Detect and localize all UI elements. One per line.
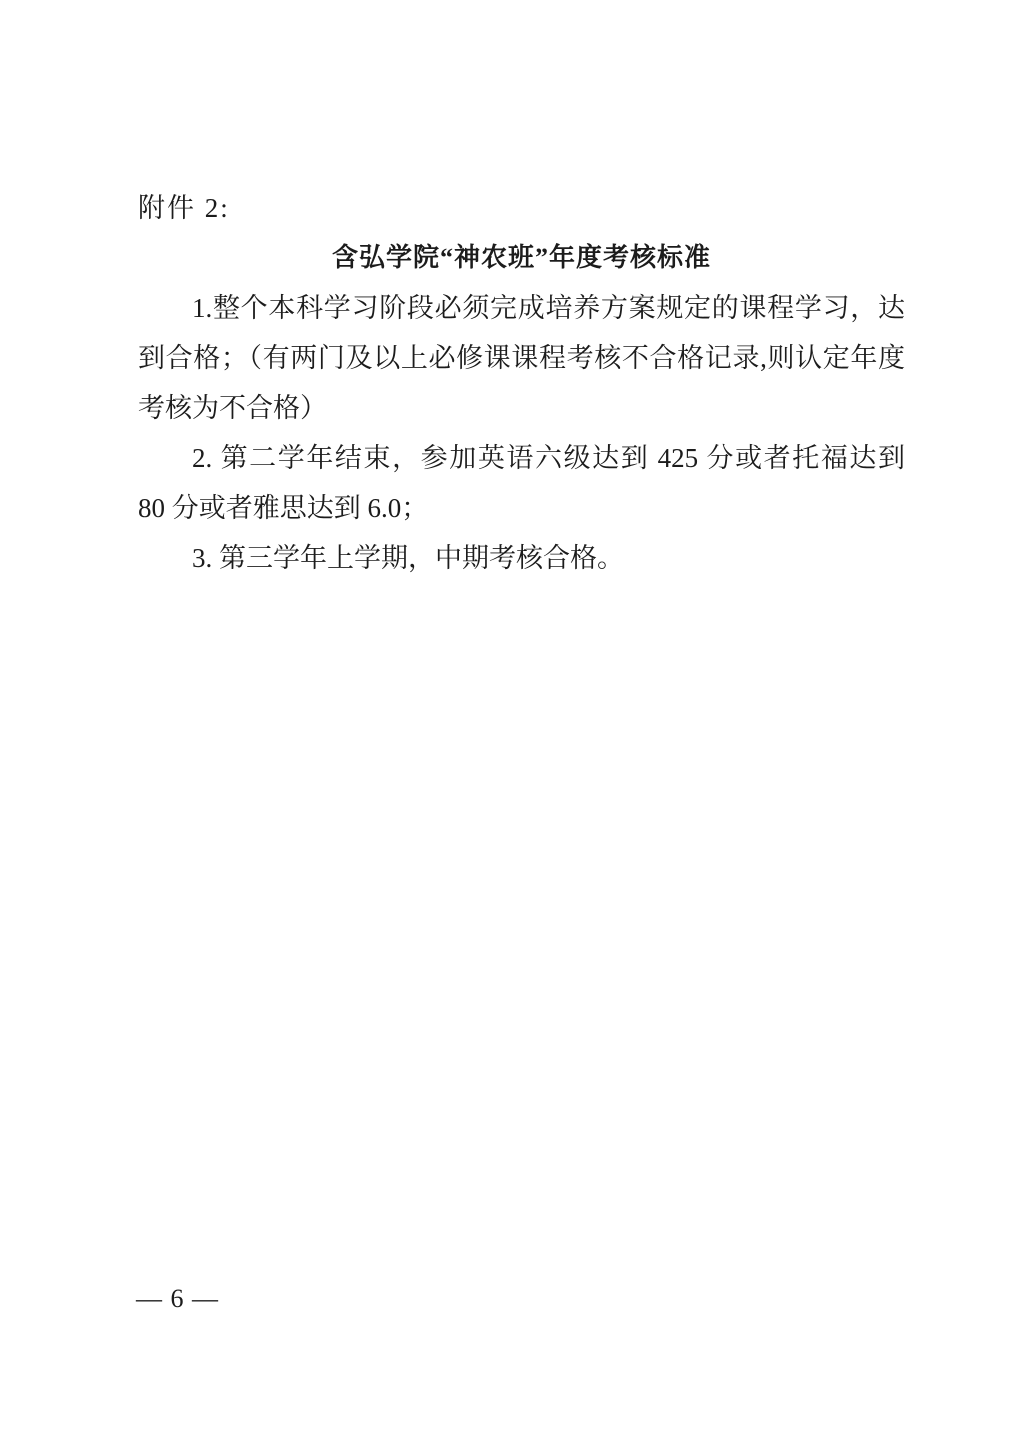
document-page: 附件 2: 含弘学院“神农班”年度考核标准 1.整个本科学习阶段必须完成培养方案… (0, 0, 1024, 1447)
paragraph-1-line-3: 考核为不合格） (138, 383, 905, 433)
paragraph-3: 3. 第三学年上学期，中期考核合格。 (138, 533, 905, 583)
doc-title: 含弘学院“神农班”年度考核标准 (138, 233, 905, 283)
page-number: — 6 — (136, 1284, 219, 1314)
paragraph-1-line-2: 到合格；（有两门及以上必修课课程考核不合格记录,则认定年度 (138, 333, 905, 383)
paragraph-1-line-1: 1.整个本科学习阶段必须完成培养方案规定的课程学习，达 (138, 283, 905, 333)
paragraph-3-line-1: 3. 第三学年上学期，中期考核合格。 (138, 533, 905, 583)
paragraph-2-line-1: 2. 第二学年结束，参加英语六级达到 425 分或者托福达到 (138, 433, 905, 483)
document-content: 附件 2: 含弘学院“神农班”年度考核标准 1.整个本科学习阶段必须完成培养方案… (0, 0, 1024, 583)
paragraph-1: 1.整个本科学习阶段必须完成培养方案规定的课程学习，达 到合格；（有两门及以上必… (138, 283, 905, 433)
paragraph-2: 2. 第二学年结束，参加英语六级达到 425 分或者托福达到 80 分或者雅思达… (138, 433, 905, 533)
paragraph-2-line-2: 80 分或者雅思达到 6.0； (138, 483, 905, 533)
attachment-label: 附件 2: (138, 183, 905, 233)
